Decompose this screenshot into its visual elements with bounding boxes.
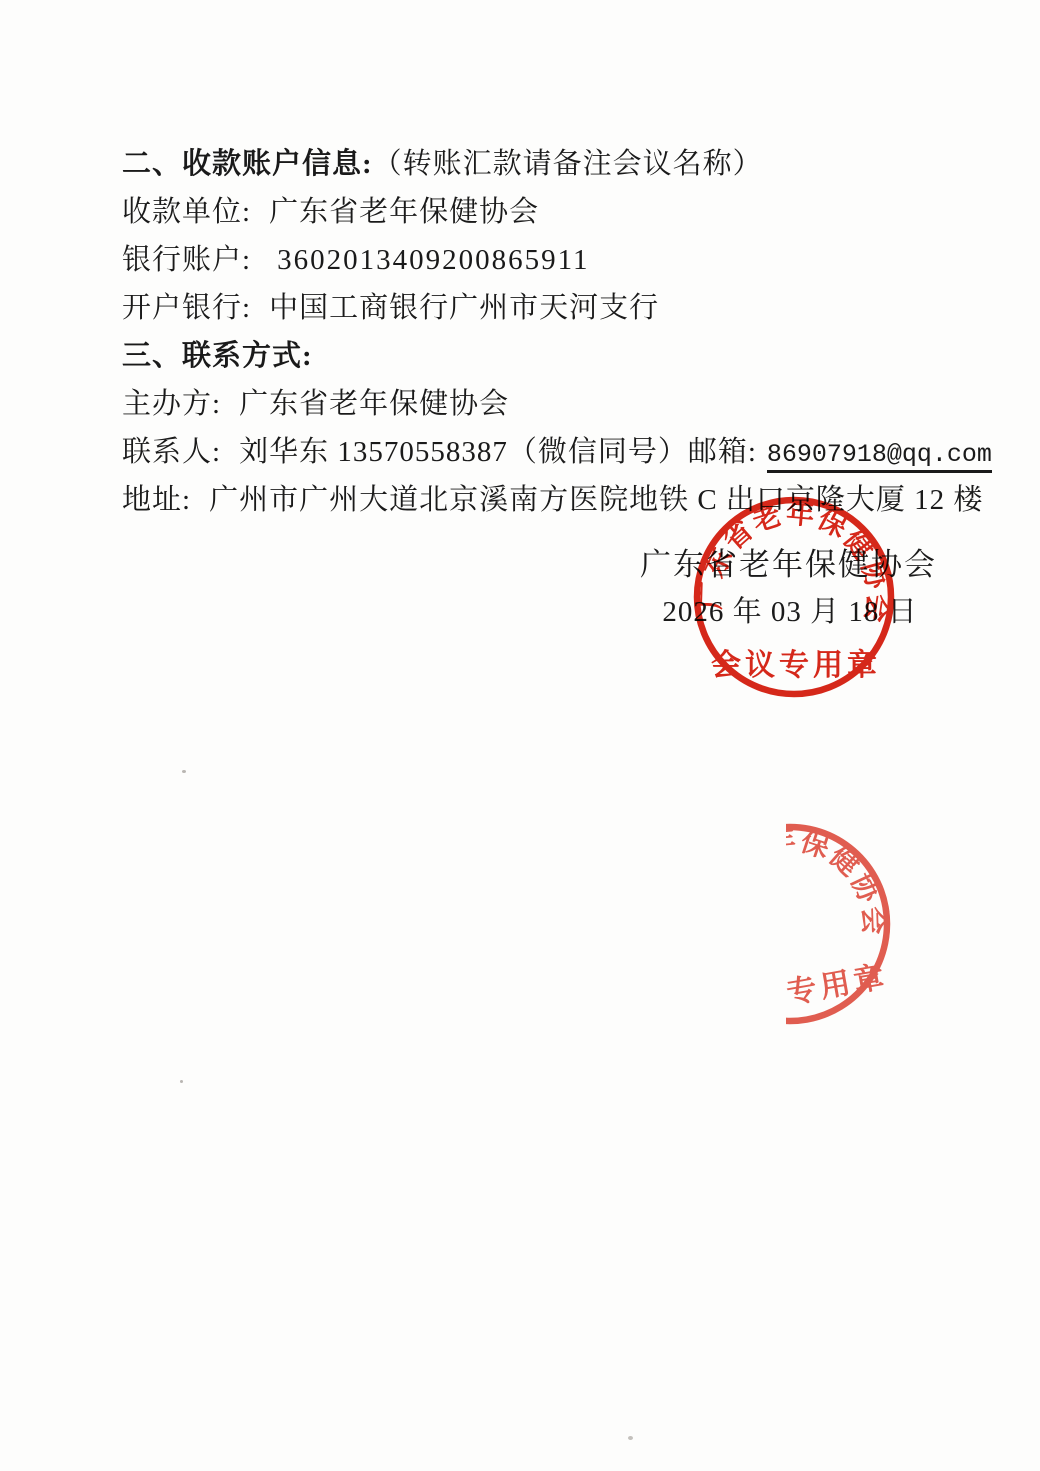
seal-arc-textpath: 广东省老年保健协会 [786,808,894,970]
payee-name-label: 收款单位: [122,196,251,228]
payee-heading-note: （转账汇款请备注会议名称） [373,148,763,180]
bank-account-row: 银行账户:3602013409200865911 [122,238,992,286]
seal-arc-textpath: 广东省老年保健协会 [695,496,895,626]
partial-seal: 广东省老年保健协会 会议专用章 [786,808,918,1042]
document-body: 二、收款账户信息:（转账汇款请备注会议名称） 收款单位:广东省老年保健协会 银行… [122,142,992,526]
seal-bottom-label: 会议专用章 [786,959,890,1022]
email-address: 86907918@qq.com [767,440,992,473]
payee-heading-text: 二、收款账户信息: [122,148,373,180]
contact-section-heading: 三、联系方式: [122,334,992,382]
bank-branch-row: 开户银行:中国工商银行广州市天河支行 [122,286,992,334]
seal-arc-label: 广东省老年保健协会 [695,496,895,626]
partial-seal-inner: 广东省老年保健协会 会议专用章 [786,808,917,1042]
host-row: 主办方:广东省老年保健协会 [122,382,992,430]
scan-speck [180,1080,183,1083]
bank-branch-label: 开户银行: [122,292,251,324]
payee-name-row: 收款单位:广东省老年保健协会 [122,190,992,238]
payee-name-value: 广东省老年保健协会 [269,196,539,228]
contact-person-value: 刘华东 13570558387（微信同号） [239,436,688,468]
official-seal: 广东省老年保健协会 会议专用章 [684,487,904,707]
host-label: 主办方: [122,388,221,420]
contact-person-label: 联系人: [122,436,221,468]
document-page: 二、收款账户信息:（转账汇款请备注会议名称） 收款单位:广东省老年保健协会 银行… [0,0,1040,1471]
contact-person-row: 联系人:刘华东 13570558387（微信同号）邮箱:86907918@qq.… [122,430,992,478]
bank-account-number: 3602013409200865911 [277,244,589,276]
bank-branch-value: 中国工商银行广州市天河支行 [269,292,659,324]
scan-speck [182,770,186,773]
official-seal-graphic: 广东省老年保健协会 会议专用章 [684,487,904,707]
bank-account-label: 银行账户: [122,244,251,276]
host-value: 广东省老年保健协会 [239,388,509,420]
payee-section-heading: 二、收款账户信息:（转账汇款请备注会议名称） [122,142,992,190]
scan-speck [628,1436,633,1440]
email-label: 邮箱: [688,436,757,468]
partial-seal-graphic: 广东省老年保健协会 会议专用章 [786,808,917,1042]
seal-arc-label: 广东省老年保健协会 [786,808,894,970]
address-label: 地址: [122,484,191,516]
seal-bottom-label: 会议专用章 [711,648,881,682]
contact-heading-text: 三、联系方式: [122,340,313,372]
